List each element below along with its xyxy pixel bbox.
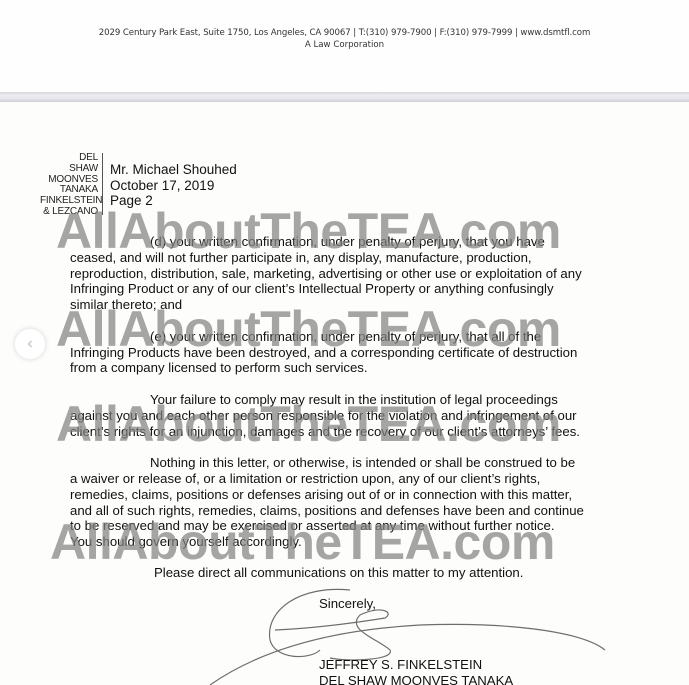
letterhead-address: 2029 Century Park East, Suite 1750, Los …	[0, 28, 689, 38]
logo-divider	[102, 153, 103, 215]
closing-line: Please direct all communications on this…	[154, 565, 523, 580]
signer-block: JEFFREY S. FINKELSTEIN DEL SHAW MOONVES …	[319, 657, 513, 685]
carousel-prev-button[interactable]: ‹	[14, 328, 46, 360]
previous-page-footer: 2029 Century Park East, Suite 1750, Los …	[0, 0, 689, 92]
page-number: Page 2	[110, 193, 237, 209]
letterhead-corporation: A Law Corporation	[0, 40, 689, 50]
paragraph-reservation: Nothing in this letter, or otherwise, is…	[70, 455, 670, 550]
addressee-name: Mr. Michael Shouhed	[110, 162, 237, 178]
paragraph-d: (d) your written confirmation, under pen…	[70, 234, 670, 313]
letter-body: (d) your written confirmation, under pen…	[70, 234, 670, 566]
page-divider	[0, 92, 689, 102]
letter-date: October 17, 2019	[110, 178, 237, 194]
signer-firm: DEL SHAW MOONVES TANAKA	[319, 673, 513, 685]
paragraph-failure: Your failure to comply may result in the…	[70, 392, 670, 439]
addressee-block: Mr. Michael Shouhed October 17, 2019 Pag…	[110, 162, 237, 209]
chevron-left-icon: ‹	[27, 335, 32, 353]
paragraph-e: (e) your written confirmation, under pen…	[70, 329, 670, 376]
sincerely: Sincerely,	[319, 596, 376, 611]
firm-logo: DEL SHAW MOONVES TANAKA FINKELSTEIN & LE…	[40, 153, 98, 218]
signer-name: JEFFREY S. FINKELSTEIN	[319, 657, 513, 673]
